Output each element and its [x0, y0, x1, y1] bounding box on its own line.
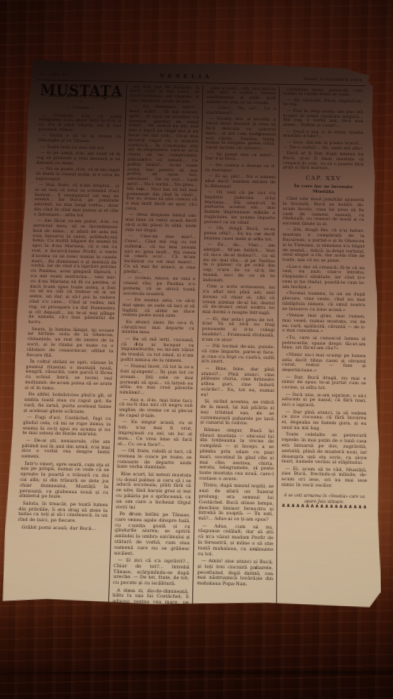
- paragraph: — Eu singur acasă, cu ei toți: n'aș mai …: [118, 421, 193, 449]
- paragraph: — Io pe urmă, d-le, am venit să te rog s…: [36, 151, 120, 167]
- paragraph: — Adus, cum să nu, răspunse celălalt; da…: [198, 524, 274, 559]
- paragraph: — Amin! zise atunci și Bucă; și toți tre…: [197, 559, 273, 589]
- page-number: 4. — No. 41.: [40, 72, 69, 77]
- paragraph: — Ce rezemare, mări!... Anul, mări!... S…: [126, 105, 199, 213]
- paragraph: — Încă una, și-am isprăvit: o să-l aduce…: [282, 392, 367, 410]
- paragraph: Rîse scurt, își netezi mustața cu dosul …: [116, 472, 192, 512]
- column-container: MUSTAȚA— MARE ROMAN UMORISTIC —— Urmare …: [7, 82, 372, 665]
- paragraph: Rămas singur, Bucă își răsuci mustața — …: [199, 428, 274, 484]
- page-content: 4. — No. 41. VESELIA Vineri, 8 Octombrie…: [1, 60, 381, 610]
- paragraph: — De seama asta, ce să-ți mai spun: se c…: [122, 298, 195, 320]
- paragraph: — Dar, Bucă dragă, nu mai e nimic de spu…: [282, 375, 366, 392]
- paragraph: — Și zici că s'a isprăvit?... Chiar de t…: [113, 558, 190, 588]
- paragraph: — Dacă e așa, e, la urmă, treaba mustăți…: [283, 130, 363, 141]
- end-divider: ∧∧∧∧∧∧∧∧∧∧∧∧∧∧∧∧∧∧: [281, 504, 367, 511]
- paragraph: — Fugi d'acì, Costăchel, fugi cu gîndul …: [22, 416, 111, 439]
- paragraph: — Numai încet, că tot la ce-a fost ajung…: [119, 365, 193, 398]
- paragraph: — Ba să mă ierți, cucoană, că d-ta ai în…: [121, 337, 195, 364]
- paragraph: — Nu cumva a dansat cu d-ra Mariana?: [205, 163, 276, 174]
- newspaper-page: 4. — No. 41. VESELIA Vineri, 8 Octombrie…: [1, 60, 381, 610]
- paragraph: nu mai pot de bucurie; și dacă scriu și …: [129, 85, 199, 105]
- paragraph: — Dar pînă atunci, ia să vedem ce zice c…: [282, 410, 367, 433]
- paragraph: — Scoală, bre, și ascultă: a cerut două …: [205, 117, 275, 152]
- paragraph: — Iaca, dat-am și p'asta bravă!... — Ție…: [283, 141, 364, 152]
- paragraph: De altfel, bolnăvicios pînă'n gît, el um…: [23, 393, 111, 416]
- paragraph: Dacă ar fi fost după mintea lui Bucă, și…: [283, 152, 364, 173]
- paragraph: «Tu, care ai cunoscut lumea și petreceri…: [282, 336, 366, 353]
- paragraph: — Știi, dragă Ilie, că n'ai habar: musta…: [282, 228, 364, 265]
- paragraph: Într'o vineri, spre seară, cum sta el aș…: [19, 462, 109, 502]
- paragraph: A doua zi, dis-de-dimineață, bătu la ușa…: [112, 588, 189, 624]
- paragraph: «Nimic nu-i mai scump pe lumea asta decî…: [282, 353, 366, 376]
- paragraph: — Cine-mi zise mie?... Cere!... Cînd mă …: [124, 235, 197, 277]
- paragraph: «Tocmai toamna, la un an după plecare, v…: [282, 292, 365, 314]
- paragraph: — Ei, acum să te văd, Mustăță, zise Bucă…: [281, 467, 367, 491]
- paragraph: — Bine, bine, dar pînă atunci?... Pînă a…: [201, 367, 275, 400]
- paragraph: Saluta, în treacăt, pe toată lumea din p…: [18, 502, 108, 526]
- continuation-marker: — Urmare —: [39, 106, 122, 112]
- paragraph: Cînd cele două jumătăți ajunseră la învo…: [283, 197, 365, 228]
- paragraph: curățenie mare, generală, cum numai la c…: [283, 88, 363, 99]
- paragraph: Pe drum întîlni pe Tănase, care venea ag…: [114, 512, 191, 558]
- date-line: Vineri, 8 Octombrie 1924.: [303, 77, 363, 83]
- paragraph: — Ei aș, păi!... Nu e nimeni altul decît…: [205, 175, 276, 191]
- paragraph: Și, zicînd acestea, se ridică de la masă…: [200, 400, 274, 428]
- paragraph: — Of, vezi că pe aici s'a împărțit judec…: [204, 191, 275, 227]
- paragraph: — Ei bine, dacă ai luat cele șaizeci... …: [110, 624, 188, 660]
- paragraph: — Oh, dragă Bucă, ce-aș putea oftà?... E…: [204, 227, 276, 243]
- text-column: curățenie mare, generală, cum numai la c…: [276, 87, 373, 666]
- paragraph: care a sosit... Oh, nici măcar atît; nic…: [206, 86, 276, 106]
- paragraph: Grăbit porni acasă; dar Bucă...: [17, 525, 107, 532]
- paragraph: — Se poate una ca asta?... Dar n'ai fric…: [205, 152, 275, 163]
- paragraph: — Nu se poate, d-le, că m'am legat să do…: [35, 167, 120, 183]
- chapter-heading: În care loc se învoește Mustăța: [283, 184, 364, 195]
- paragraph: — Ei, dar asta-i prea de tot, d-le! Va s…: [202, 317, 275, 344]
- paragraph: — Așa e, d-le, mai bine taci; că nu-ți d…: [119, 398, 193, 421]
- paragraph: În colțul străzii se opri: văzuse în gea…: [25, 360, 113, 393]
- paragraph: — Ah, varicele, Bucă, explică-mi, te rog…: [283, 98, 363, 109]
- paragraph: — Avea dreptate bietul om: mai bine să r…: [125, 213, 197, 234]
- paragraph: — Ea... da... Vino... am alergat... M'am…: [203, 243, 275, 285]
- paragraph: — Tocmai, Amice, de vină e ceasul rău: p…: [123, 276, 196, 298]
- paragraph: Seara, la lumina lămpii, își scoase iar …: [26, 327, 114, 360]
- paragraph: — Păi tocmai de-aia, puiule: că cine împ…: [201, 344, 274, 366]
- photo-scene: 4. — No. 41. VESELIA Vineri, 8 Octombrie…: [0, 0, 393, 699]
- paragraph: — De-ai ști, nenișorule, cîte am pătimit…: [21, 439, 110, 462]
- paragraph: — Crediam, d-le, că acele telegrame n'au…: [38, 114, 122, 135]
- text-column: care a sosit... Oh, nici măcar atît; nic…: [191, 85, 279, 664]
- paragraph: — Am făcut ce-am putut, d-le, cu servici…: [28, 219, 118, 327]
- paragraph: Cine a scris scrisoarea, nu s'a aflat ni…: [202, 285, 275, 317]
- paragraph: «Las-o dar să crească; fă-te că nu vezi,…: [282, 265, 365, 292]
- paragraph: — Of, frate, rabdă și taci, că vremea le…: [117, 449, 192, 472]
- wood-seam: [0, 671, 393, 674]
- paragraph: — Cine?... Da, ce?... Ce e ciocîrlanul?.…: [206, 106, 276, 117]
- paragraph: — Vorba e să vii la vreme cu Gheorghe și…: [37, 134, 121, 145]
- article-title: MUSTAȚA: [40, 87, 123, 94]
- paragraph: Tîrziu, după miezul nopții, se auzi de a…: [198, 484, 273, 524]
- paragraph: Eu atunci zisei: fie ce-o fi, căruțăresc…: [122, 320, 195, 337]
- paragraph: Toate celelalte se petrecură repede: în …: [282, 433, 367, 467]
- paragraph: — Stai, frate, că n'am dreptul... și ai …: [33, 183, 119, 219]
- paragraph: «Venise mai gras, mai rumen, mai vesel; …: [282, 314, 365, 336]
- chapter-label: CAP. XXV: [283, 176, 364, 182]
- masthead: VESELIA: [160, 73, 213, 80]
- paragraph: — Fiul în timp acela; am pus ață și-apoi…: [283, 109, 363, 130]
